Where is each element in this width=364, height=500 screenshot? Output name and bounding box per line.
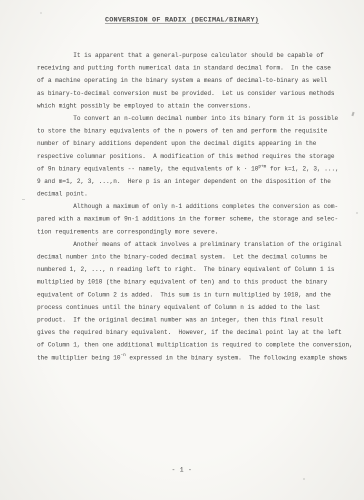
text-line: Another means of attack involves a preli… bbox=[37, 238, 362, 251]
text-line: equivalent of Column 2 is added. This su… bbox=[37, 289, 362, 302]
text-line: respective columnar positions. A modific… bbox=[37, 150, 362, 163]
text-line: 9 and m=1, 2, 3, ...,n. Here p is an int… bbox=[37, 175, 362, 188]
document-body: It is apparent that a general-purpose ca… bbox=[37, 50, 362, 365]
text-line: multiplied by 1010 (the binary equivalen… bbox=[37, 276, 362, 289]
text-line: process continues until the binary equiv… bbox=[37, 301, 362, 314]
text-line: To convert an n-column decimal number in… bbox=[37, 112, 362, 125]
text-line: pared with a maximum of 9n-1 additions i… bbox=[37, 213, 362, 226]
text-line: gives the required binary equivalent. Ho… bbox=[37, 327, 362, 340]
text-line: the multiplier being 10-n expressed in t… bbox=[37, 352, 362, 365]
superscript: p+m bbox=[258, 164, 266, 169]
page-number: - 1 - bbox=[0, 467, 364, 474]
document-page: CONVERSION OF RADIX (DECIMAL/BINARY) It … bbox=[0, 0, 364, 500]
superscript: -n bbox=[120, 353, 125, 358]
text-line: tion requirements are correspondingly mo… bbox=[37, 226, 362, 239]
text-line: It is apparent that a general-purpose ca… bbox=[37, 50, 362, 63]
text-line: decimal number into the binary-coded dec… bbox=[37, 251, 362, 264]
text-line: decimal point. bbox=[37, 188, 362, 201]
text-line: which might possibly be employed to atta… bbox=[37, 100, 362, 113]
text-line: of Column 1, then one additional multipl… bbox=[37, 339, 362, 352]
page-title: CONVERSION OF RADIX (DECIMAL/BINARY) bbox=[0, 17, 364, 25]
text-line: of a machine operating in the binary sys… bbox=[37, 75, 362, 88]
text-line: Although a maximum of only n-1 additions… bbox=[37, 201, 362, 214]
text-line: as binary-to-decimal conversion must be … bbox=[37, 87, 362, 100]
text-line: of 9n binary equivalents -- namely, the … bbox=[37, 163, 362, 176]
text-line: product. If the original decimal number … bbox=[37, 314, 362, 327]
text-line: number of binary additions dependent upo… bbox=[37, 138, 362, 151]
text-line: receiving and putting forth numerical da… bbox=[37, 62, 362, 75]
page-content: CONVERSION OF RADIX (DECIMAL/BINARY) It … bbox=[0, 0, 364, 500]
text-line: to store the binary equivalents of the n… bbox=[37, 125, 362, 138]
text-line: numbered 1, 2, ..., n reading left to ri… bbox=[37, 264, 362, 277]
